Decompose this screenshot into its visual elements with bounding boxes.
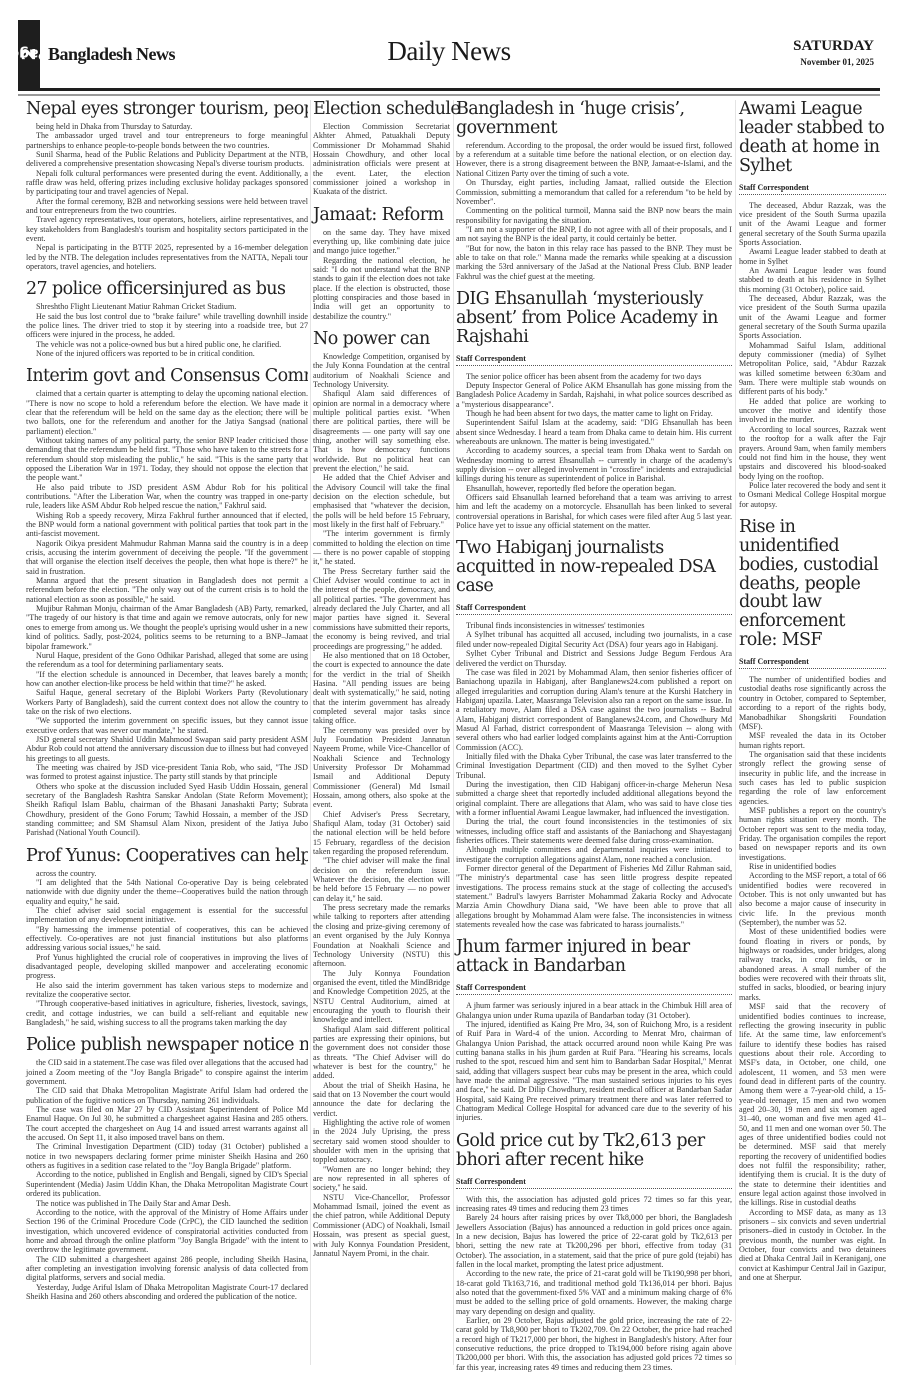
article-paragraph: None of the injured officers was reporte…	[26, 349, 308, 358]
article-paragraph: Nurul Haque, president of the Gono Odhik…	[26, 651, 308, 670]
article-paragraph: He added that the Chief Adviser and the …	[313, 473, 450, 529]
article-paragraph: MSF revealed the data in its October hum…	[739, 731, 886, 750]
article-paragraph: Earlier, on 29 October, Bajus adjusted t…	[456, 1316, 732, 1372]
article-paragraph: "If the election schedule is announced i…	[26, 670, 308, 689]
article-paragraph: JSD general secretary Shahid Uddin Mahmo…	[26, 735, 308, 763]
article-paragraph: MSF said that the recovery of unidentifi…	[739, 1002, 886, 1208]
article-paragraph: On Thursday, eight parties, including Ja…	[456, 178, 732, 206]
article-paragraph: "I am delighted that the 54th National C…	[26, 878, 308, 906]
article-paragraph: "The chief adviser will make the final d…	[313, 856, 450, 903]
article-paragraph: The press secretary made the remarks whi…	[313, 903, 450, 968]
article-paragraph: being held in Dhaka from Thursday to Sat…	[26, 122, 308, 131]
column-1: Nepal eyes stronger tourism, people-tobe…	[26, 100, 308, 1310]
article-paragraph: Wishing Rob a speedy recovery, Mirza Fak…	[26, 511, 308, 539]
article-paragraph: Knowledge Competition, organised by the …	[313, 352, 450, 389]
article: Rise in unidentified bodies, custodial d…	[739, 518, 886, 1283]
article-paragraph: Nagorik Oikya president Mahmudur Rahman …	[26, 539, 308, 576]
article-paragraph: Shafiqul Alam said different political p…	[313, 1025, 450, 1081]
article-paragraph: Chief Adviser's Press Secretary, Shafiqu…	[313, 810, 450, 857]
article-paragraph: The CID submitted a chargesheet against …	[26, 1255, 308, 1283]
article-paragraph: Officers said Ehsanullah learned beforeh…	[456, 493, 732, 530]
article-paragraph: According to the MSF report, a total of …	[739, 871, 886, 927]
article-headline[interactable]: Gold price cut by Tk2,613 per bhori afte…	[456, 1132, 732, 1170]
article: No power canKnowledge Competition, organ…	[313, 330, 450, 1258]
article: Jhum farmer injured in bear attack in Ba…	[456, 938, 732, 1122]
article-headline[interactable]: Awami League leader stabbed to death at …	[739, 100, 886, 176]
article-paragraph: referendum. According to the proposal, t…	[456, 141, 732, 178]
article-paragraph: He also paid tribute to JSD president AS…	[26, 483, 308, 511]
article-paragraph: Former director general of the Departmen…	[456, 864, 732, 929]
article: Jamaat: Reformon the same day. They have…	[313, 206, 450, 321]
article-paragraph: Sunil Sharma, head of the Public Relatio…	[26, 150, 308, 169]
article-paragraph: According to local sources, Razzak went …	[739, 425, 886, 481]
masthead-rule	[18, 88, 880, 91]
article-paragraph: on the same day. They have mixed everyth…	[313, 228, 450, 256]
article-byline: Staff Correspondent	[739, 657, 886, 669]
article-byline: Staff Correspondent	[456, 983, 732, 995]
article-paragraph: He also mentioned that on 18 October, th…	[313, 651, 450, 726]
article-paragraph: Election Commission Secretariat Akhter A…	[313, 122, 450, 197]
article-paragraph: Deputy Inspector General of Police AKM E…	[456, 381, 732, 409]
article-paragraph: Mohammad Saiful Islam, additional deputy…	[739, 341, 886, 397]
article-paragraph: Prof Yunus highlighted the crucial role …	[26, 953, 308, 981]
article-paragraph: The chief adviser said social engagement…	[26, 906, 308, 925]
article-paragraph: Ehsanullah, however, reportedly fled bef…	[456, 484, 732, 493]
article: Bangladesh in ‘huge crisis’, governmentr…	[456, 100, 732, 281]
article-paragraph: Commenting on the political turmoil, Man…	[456, 206, 732, 225]
article-paragraph: "The interim government is firmly commit…	[313, 529, 450, 566]
article: Election scheduleElection Commission Sec…	[313, 100, 450, 197]
newspaper-title: Daily News	[18, 36, 880, 67]
column-divider	[735, 100, 736, 1365]
article: Awami League leader stabbed to death at …	[739, 100, 886, 509]
article-paragraph: Initially filed with the Dhaka Cyber Tri…	[456, 752, 732, 780]
article-paragraph: With this, the association has adjusted …	[456, 1195, 732, 1214]
article-headline[interactable]: Two Habiganj journalists acquitted in no…	[456, 539, 732, 596]
article-paragraph: NSTU Vice-Chancellor, Professor Mohammad…	[313, 1193, 450, 1258]
article-headline[interactable]: Rise in unidentified bodies, custodial d…	[739, 518, 886, 650]
masthead: Page 2 Bangladesh News Daily News SATURD…	[18, 20, 880, 88]
article-paragraph: He said the bus lost control due to "bra…	[26, 312, 308, 340]
article-headline[interactable]: Jhum farmer injured in bear attack in Ba…	[456, 938, 732, 976]
article-paragraph: The senior police officer has been absen…	[456, 372, 732, 381]
issue-day: SATURDAY	[793, 38, 874, 55]
issue-date: November 01, 2025	[793, 57, 874, 67]
article-headline[interactable]: Election schedule	[313, 100, 450, 119]
article-paragraph: "I am not a supporter of the BNP, I do n…	[456, 225, 732, 244]
article-paragraph: Awami League leader stabbed to death at …	[739, 247, 886, 266]
article-byline: Staff Correspondent	[456, 603, 732, 615]
article-headline[interactable]: Police publish newspaper notice naming	[26, 1036, 308, 1055]
column-divider	[453, 100, 454, 1365]
article-paragraph: The Criminal Investigation Department (C…	[26, 1142, 308, 1170]
article-paragraph: Manna argued that the present situation …	[26, 576, 308, 604]
article-paragraph: "Women are no longer behind; they are no…	[313, 1165, 450, 1193]
article-paragraph: MSF publishes a report on the country's …	[739, 806, 886, 862]
article-paragraph: After the formal ceremony, B2B and netwo…	[26, 197, 308, 216]
article-headline[interactable]: Nepal eyes stronger tourism, people-to	[26, 100, 308, 119]
article-paragraph: Most of these unidentified bodies were f…	[739, 927, 886, 1002]
article-paragraph: Shafiqul Alam said differences of opinio…	[313, 389, 450, 473]
article-paragraph: Nepal is participating in the BTTF 2025,…	[26, 243, 308, 271]
column-divider	[310, 100, 311, 1365]
article-paragraph: across the country.	[26, 869, 308, 878]
article-paragraph: The ceremony was presided over by July F…	[313, 726, 450, 810]
article-paragraph: The July Konnya Foundation organised the…	[313, 969, 450, 1025]
article-paragraph: The meeting was chaired by JSD vice-pres…	[26, 763, 308, 782]
article: Two Habiganj journalists acquitted in no…	[456, 539, 732, 929]
dateline: SATURDAY November 01, 2025	[793, 38, 874, 67]
article-paragraph: Yesterday, Judge Ariful Islam of Dhaka M…	[26, 1283, 308, 1302]
article-paragraph: According to MSF data, as many as 13 pri…	[739, 1208, 886, 1283]
article-paragraph: The deceased, Abdur Razzak, was the vice…	[739, 201, 886, 248]
article-paragraph: He added that police are working to unco…	[739, 397, 886, 425]
masthead-rule-secondary	[18, 94, 880, 96]
article-paragraph: claimed that a certain quarter is attemp…	[26, 389, 308, 436]
article: DIG Ehsanullah ‘mysteriously absent’ fro…	[456, 290, 732, 531]
article-paragraph: The organisation said that these inciden…	[739, 750, 886, 806]
article-headline[interactable]: Prof Yunus: Cooperatives can help	[26, 847, 308, 866]
article-paragraph: According to the notice, published in En…	[26, 1170, 308, 1198]
article-paragraph: A Sylhet tribunal has acquitted all accu…	[456, 630, 732, 649]
article-paragraph: Tribunal finds inconsistencies in witnes…	[456, 621, 732, 630]
column-3: Bangladesh in ‘huge crisis’, governmentr…	[456, 100, 732, 1374]
article-paragraph: "We supported the interim government on …	[26, 716, 308, 735]
article-paragraph: Superintendent Saiful Islam at the acade…	[456, 418, 732, 446]
article: Interim govt and Consensus Commissioncla…	[26, 367, 308, 837]
article: Nepal eyes stronger tourism, people-tobe…	[26, 100, 308, 271]
article-byline: Staff Correspondent	[456, 1177, 732, 1189]
article-paragraph: About the trial of Sheikh Hasina, he sai…	[313, 1081, 450, 1118]
article-paragraph: Travel agency representatives, tour oper…	[26, 215, 308, 243]
article-paragraph: During the trial, the court found incons…	[456, 817, 732, 845]
column-4: Awami League leader stabbed to death at …	[739, 100, 886, 1291]
article-paragraph: the CID said in a statement.The case was…	[26, 1058, 308, 1086]
article-paragraph: Without taking names of any political pa…	[26, 436, 308, 483]
article-paragraph: Shreshtho Flight Lieutenant Matiur Rahma…	[26, 302, 308, 311]
article-paragraph: The ambassador urged travel and tour ent…	[26, 131, 308, 150]
article-headline[interactable]: DIG Ehsanullah ‘mysteriously absent’ fro…	[456, 290, 732, 347]
article-paragraph: The CID said that Dhaka Metropolitan Mag…	[26, 1086, 308, 1105]
article-paragraph: The Press Secretary further said the Chi…	[313, 567, 450, 651]
article-paragraph: Barely 24 hours after raising prices by …	[456, 1213, 732, 1269]
article-paragraph: According to the new rate, the price of …	[456, 1269, 732, 1316]
article-headline[interactable]: No power can	[313, 330, 450, 349]
article-paragraph: Rise in unidentified bodies	[739, 862, 886, 871]
article: Gold price cut by Tk2,613 per bhori afte…	[456, 1132, 732, 1372]
article-paragraph: "Through cooperative-based initiatives i…	[26, 999, 308, 1027]
article-paragraph: During the investigation, then CID Habig…	[456, 780, 732, 817]
article-paragraph: "But for now, the baton in this relay ra…	[456, 244, 732, 281]
article-paragraph: Sylhet Cyber Tribunal and District and S…	[456, 649, 732, 668]
article-paragraph: Regarding the national election, he said…	[313, 256, 450, 321]
article-headline[interactable]: Jamaat: Reform	[313, 206, 450, 225]
article: Police publish newspaper notice namingth…	[26, 1036, 308, 1301]
article-paragraph: The notice was published in The Daily St…	[26, 1199, 308, 1208]
article-headline[interactable]: Interim govt and Consensus Commission	[26, 367, 308, 386]
article-paragraph: Although multiple committees and departm…	[456, 845, 732, 864]
article: Prof Yunus: Cooperatives can helpacross …	[26, 847, 308, 1028]
article-headline[interactable]: Bangladesh in ‘huge crisis’, government	[456, 100, 732, 138]
article-paragraph: An Awami League leader was found stabbed…	[739, 266, 886, 294]
article-paragraph: Nepali folk cultural performances were p…	[26, 169, 308, 197]
article-paragraph: The case was filed on Mar 27 by CID Assi…	[26, 1105, 308, 1142]
article-byline: Staff Correspondent	[739, 183, 886, 195]
article-headline[interactable]: 27 police officersinjured as bus	[26, 280, 308, 299]
article-paragraph: He also said the interim government has …	[26, 981, 308, 1000]
article-paragraph: A jhum farmer was seriously injured in a…	[456, 1001, 732, 1020]
article-paragraph: The injured, identified as Kaing Pre Mro…	[456, 1020, 732, 1123]
article-paragraph: The case was filed in 2021 by Mohammad A…	[456, 668, 732, 752]
column-2: Election scheduleElection Commission Sec…	[313, 100, 450, 1267]
article-paragraph: "By harnessing the immense potential of …	[26, 925, 308, 953]
article-paragraph: According to the notice, with the approv…	[26, 1208, 308, 1255]
article-paragraph: Others who spoke at the discussion inclu…	[26, 782, 308, 838]
article: 27 police officersinjured as busShreshth…	[26, 280, 308, 358]
article-paragraph: According to academy sources, a special …	[456, 446, 732, 483]
article-paragraph: The vehicle was not a police-owned bus b…	[26, 340, 308, 349]
article-paragraph: Though he had been absent for two days, …	[456, 409, 732, 418]
article-paragraph: The deceased, Abdur Razzak, was the vice…	[739, 294, 886, 341]
article-paragraph: The number of unidentified bodies and cu…	[739, 675, 886, 731]
article-paragraph: Mujibur Rahman Monju, chairman of the Am…	[26, 604, 308, 651]
article-paragraph: Highlighting the active role of women in…	[313, 1118, 450, 1165]
article-paragraph: Police later recovered the body and sent…	[739, 481, 886, 509]
article-paragraph: Saiful Haque, general secretary of the B…	[26, 688, 308, 716]
article-byline: Staff Correspondent	[456, 354, 732, 366]
